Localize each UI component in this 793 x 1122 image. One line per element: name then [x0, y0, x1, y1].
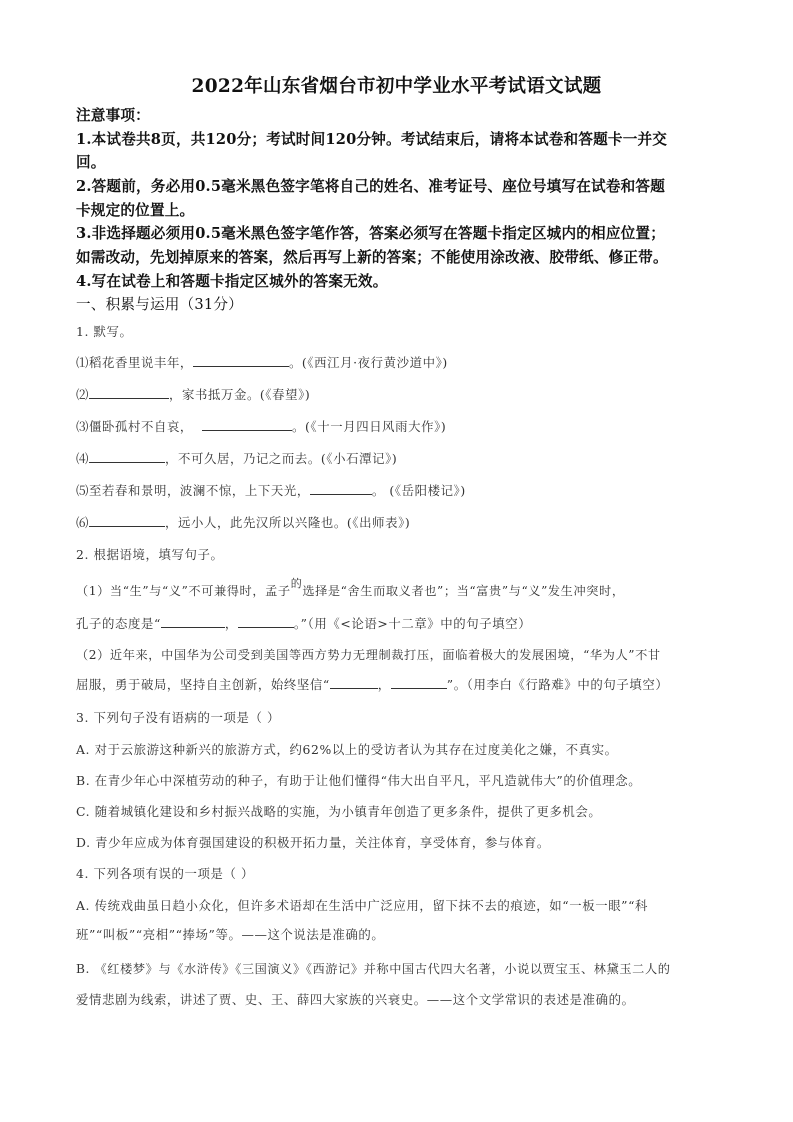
item-source: ，家书抵万金。(《春望》)	[169, 387, 310, 402]
q3-option-c: C. 随着城镇化建设和乡村振兴战略的实施，为小镇青年创造了更多条件，提供了更多机…	[76, 802, 601, 820]
notice-line: 4.写在试卷上和答题卡指定区城外的答案无效。	[76, 270, 388, 291]
notice-heading: 注意事项：	[76, 104, 150, 125]
q1-item-4: ⑷，不可久居，乃记之而去。(《小石潭记》)	[76, 449, 397, 467]
item-number: ⑸	[76, 483, 89, 498]
answer-blank[interactable]	[89, 514, 165, 527]
answer-blank[interactable]	[161, 615, 225, 628]
q4-option-a-line1: A. 传统戏曲虽日趋小众化，但许多术语却在生活中广泛应用，留下抹不去的痕迹，如“…	[76, 896, 648, 914]
item-number: ⑷	[76, 451, 89, 466]
notice-line: 3.非选择题必须用0.5毫米黑色签字笔作答，答案必须写在答题卡指定区城内的相应位…	[76, 222, 665, 243]
q1-item-1: ⑴稻花香里说丰年，。(《西江月·夜行黄沙道中》)	[76, 353, 448, 371]
item-text: 僵卧孤村不自哀，	[89, 419, 193, 434]
item-number: ⑵	[76, 387, 89, 402]
item-number: ⑴	[76, 355, 89, 370]
answer-blank[interactable]	[89, 386, 169, 399]
q3-option-d: D. 青少年应成为体育强国建设的积极开拓力量，关注体育，享受体育，参与体育。	[76, 833, 550, 851]
notice-line: 2.答题前，务必用0.5毫米黑色签字笔将自己的姓名、准考证号、座位号填写在试卷和…	[76, 175, 665, 196]
page-title: 2022年山东省烟台市初中学业水平考试语文试题	[0, 72, 793, 98]
answer-blank[interactable]	[89, 450, 165, 463]
text: 屈服，勇于破局，坚持自主创新，始终坚信“	[76, 677, 330, 692]
question-1-stem: 1. 默写。	[76, 322, 133, 340]
q2-part1-line2: 孔子的态度是“，。”（用《<论语>十二章》中的句子填空）	[76, 614, 531, 632]
text: 选择是“舍生而取义者也”；当“富贵”与“义”发生冲突时，	[302, 584, 624, 598]
q4-option-b-line1: B. 《红楼梦》与《水浒传》《三国演义》《西游记》并称中国古代四大名著，小说以贾…	[76, 960, 671, 977]
text: 。”（用《<论语>十二章》中的句子填空）	[294, 616, 531, 631]
item-source: 。 (《岳阳楼记》)	[372, 483, 466, 498]
q2-part2-line2: 屈服，勇于破局，坚持自主创新，始终坚信“，”。（用李白《行路难》中的句子填空）	[76, 675, 668, 693]
q4-option-b-line2: 爱情悲剧为线索，讲述了贾、史、王、薛四大家族的兴衰史。——这个文学常识的表述是准…	[76, 990, 635, 1008]
question-2-stem: 2. 根据语境，填写句子。	[76, 545, 223, 563]
item-text: 至若春和景明，波澜不惊，上下天光，	[89, 483, 310, 498]
q1-item-6: ⑹，远小人，此先汉所以兴隆也。(《出师表》)	[76, 513, 410, 531]
q4-option-a-line2: 班”“叫板”“亮相”“捧场”等。——这个说法是准确的。	[76, 925, 384, 943]
item-source: ，不可久居，乃记之而去。(《小石潭记》)	[165, 451, 397, 466]
notice-line: 回。	[76, 151, 106, 172]
text: 孔子的态度是“	[76, 616, 161, 631]
item-source: 。(《西江月·夜行黄沙道中》)	[289, 355, 448, 370]
q1-item-2: ⑵，家书抵万金。(《春望》)	[76, 385, 310, 403]
q2-part2-line1: （2）近年来，中国华为公司受到美国等西方势力无理制裁打压，面临着极大的发展困境，…	[76, 646, 661, 663]
item-source: ，远小人，此先汉所以兴隆也。(《出师表》)	[165, 515, 410, 530]
answer-blank[interactable]	[202, 418, 292, 431]
exam-page: 2022年山东省烟台市初中学业水平考试语文试题 注意事项： 1.本试卷共8页，共…	[0, 0, 793, 1122]
q2-part1-line1: （1）当“生”与“义”不可兼得时，孟子的选择是“舍生而取义者也”；当“富贵”与“…	[76, 582, 625, 599]
text: ，	[225, 616, 238, 631]
notice-line: 如需改动，先划掉原来的答案，然后再写上新的答案；不能使用涂改液、胶带纸、修正带。	[76, 246, 668, 267]
q3-option-b: B. 在青少年心中深植劳动的种子，有助于让他们懂得“伟大出自平凡，平凡造就伟大”…	[76, 771, 641, 789]
item-number: ⑹	[76, 515, 89, 530]
answer-blank[interactable]	[193, 354, 289, 367]
notice-line: 1.本试卷共8页，共120分；考试时间120分钟。考试结束后，请将本试卷和答题卡…	[76, 128, 667, 149]
item-text: 稻花香里说丰年，	[89, 355, 193, 370]
text: 的	[291, 577, 303, 590]
q3-option-a: A. 对于云旅游这种新兴的旅游方式，约62%以上的受访者认为其存在过度美化之嫌，…	[76, 740, 618, 758]
q1-item-3: ⑶僵卧孤村不自哀， 。(《十一月四日风雨大作》)	[76, 417, 446, 435]
q1-item-5: ⑸至若春和景明，波澜不惊，上下天光，。 (《岳阳楼记》)	[76, 481, 466, 499]
answer-blank[interactable]	[310, 482, 372, 495]
item-number: ⑶	[76, 419, 89, 434]
section-heading: 一、积累与运用（31分）	[76, 293, 243, 314]
question-4-stem: 4. 下列各项有误的一项是（ ）	[76, 864, 254, 882]
text: ，	[378, 677, 391, 692]
text: （1）当“生”与“义”不可兼得时，孟子	[76, 584, 291, 598]
answer-blank[interactable]	[330, 676, 378, 689]
text: ”。（用李白《行路难》中的句子填空）	[447, 677, 669, 692]
answer-blank[interactable]	[238, 615, 294, 628]
answer-blank[interactable]	[391, 676, 447, 689]
notice-line: 卡规定的位置上。	[76, 199, 194, 220]
question-3-stem: 3. 下列句子没有语病的一项是（ ）	[76, 708, 280, 726]
item-source: 。(《十一月四日风雨大作》)	[292, 419, 446, 434]
